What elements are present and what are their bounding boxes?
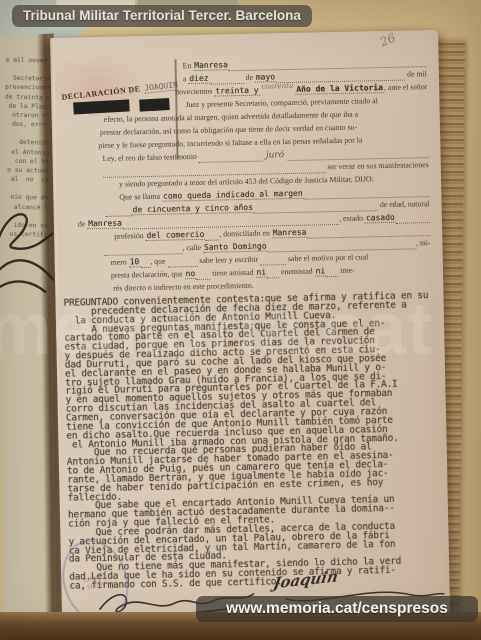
form-segment: de (243, 73, 254, 82)
form-segment (199, 152, 263, 163)
form-segment: del comercio (145, 230, 205, 241)
form-segment: casado (365, 213, 396, 224)
photo-of-document: e mil noved.Secretarioprevencionesde tre… (0, 0, 481, 640)
form-segment: , que (150, 257, 167, 266)
form-segment: cuarenta (260, 82, 296, 91)
document-page: 26 DECLARACIÓN DEJOAQUIN En Manresaa die… (50, 30, 450, 628)
form-segment: como queda indicado al margen (162, 189, 304, 202)
form-segment: En (183, 61, 194, 70)
form-segment (307, 226, 430, 239)
form-segment: ni (255, 268, 267, 278)
form-segment (396, 213, 430, 224)
form-segment: sabe leer y escribir (197, 255, 260, 265)
typed-statement: PREGUNTADO convenientemente contesta:que… (63, 292, 445, 592)
form-segment (326, 267, 338, 277)
previous-page-signature (0, 196, 57, 297)
form-segment: ser veraz en sus manifestaciones (325, 160, 428, 171)
form-segment (106, 206, 132, 217)
form-segment (260, 255, 286, 266)
margin-fragment: de la Plaza (0, 101, 50, 111)
form-segment (167, 257, 197, 268)
form-segment (287, 148, 429, 161)
form-segment: mayo (255, 72, 276, 82)
form-segment: , ante el señor (384, 82, 427, 92)
form-segment: juró (263, 150, 288, 161)
form-segment: de mil (405, 69, 427, 78)
form-segment: presta declaración, que (111, 269, 185, 280)
form-segment: de (78, 219, 87, 228)
form-segment: de edad, natural (378, 199, 430, 209)
form-section: En Manresaa diez de mayo de milnovecient… (63, 56, 432, 298)
form-segment: inte- (338, 266, 354, 275)
form-segment: Santo Domingo (203, 241, 268, 252)
page-number-pencil: 26 (378, 30, 398, 49)
form-segment: mero (111, 257, 129, 266)
form-segment: Manresa (193, 60, 229, 71)
margin-fragment: o su actual (0, 166, 49, 176)
form-segment: sabe el motivo por el cual (286, 252, 368, 263)
form-segment (196, 270, 210, 280)
form-segment: no (184, 269, 196, 279)
form-segment: de cincuenta y cinco años (132, 203, 255, 216)
form-segment: Manresa (87, 219, 123, 230)
form-segment: rés directo o indirecto en este procedim… (113, 281, 254, 293)
form-segment (205, 230, 219, 240)
form-segment: Ley, el reo de falso testimonio (102, 152, 198, 163)
form-segment (209, 74, 243, 85)
form-segment: , calle (182, 243, 203, 252)
form-segment: novecientos (175, 87, 214, 97)
form-segment: diez (188, 74, 209, 84)
form-segment (267, 268, 279, 278)
form-segment: profesión (114, 231, 146, 241)
form-segment: Manresa (272, 228, 308, 239)
form-segment (104, 244, 182, 256)
form-segment: enemistad (279, 267, 315, 277)
form-segment (304, 187, 430, 200)
form-segment (276, 71, 405, 84)
form-segment: 10 (129, 257, 141, 267)
form-segment (254, 201, 378, 214)
form-segment: Que se llama (119, 192, 162, 202)
form-segment: Año de la Victoria (295, 83, 384, 95)
form-segment (268, 239, 417, 252)
title-banner: Tribunal Militar Territorial Tercer. Bar… (12, 5, 312, 27)
form-segment: ni (315, 266, 327, 276)
form-segment: efecto, la persona anotada al margen, qu… (104, 110, 359, 124)
form-segment: , estado (339, 213, 365, 223)
site-watermark-badge: www.memoria.cat/censpresos (196, 596, 478, 622)
margin-fragment: e mil noved. (0, 56, 51, 66)
form-segment: , nú- (416, 238, 430, 247)
form-segment: treinta y (214, 86, 260, 97)
margin-fragment: prevenciones (0, 83, 51, 93)
form-segment: , domiciliado en (219, 228, 272, 238)
form-segment (140, 258, 150, 268)
form-segment: tiene amistad (210, 268, 255, 278)
margin-fragment: de treinta y (0, 92, 51, 102)
